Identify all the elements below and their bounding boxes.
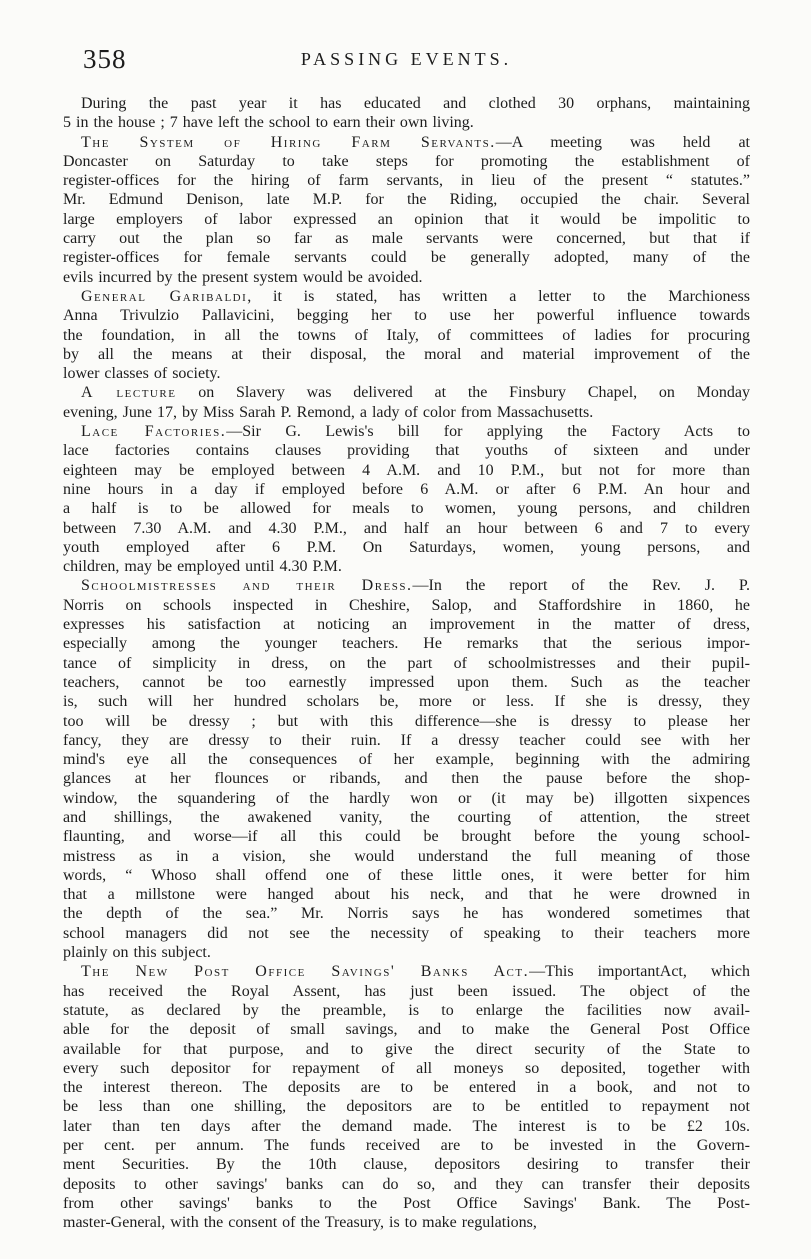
text-line: Anna Trivulzio Pallavicini, begging her … <box>63 306 750 325</box>
text-line: Doncaster on Saturday to take steps for … <box>63 152 750 171</box>
text-line: mistress as in a vision, she would under… <box>63 847 750 866</box>
text-line: glances at her flounces or ribands, and … <box>63 769 750 788</box>
paragraph: The System of Hiring Farm Servants.—A me… <box>63 133 750 287</box>
text-line: nine hours in a day if employed before 6… <box>63 480 750 499</box>
text-line: Lace Factories.—Sir G. Lewis's bill for … <box>63 422 750 441</box>
document-page: 358 PASSING EVENTS. During the past year… <box>0 0 811 1259</box>
paragraph-heading: The System of Hiring Farm Servants. <box>81 134 496 151</box>
text-line: words, “ Whoso shall offend one of these… <box>63 866 750 885</box>
page-title: PASSING EVENTS. <box>63 49 750 70</box>
text-line: General Garibaldi, it is stated, has wri… <box>63 287 750 306</box>
paragraph: A lecture on Slavery was delivered at th… <box>63 383 750 422</box>
text-line: ment Securities. By the 10th clause, dep… <box>63 1155 750 1174</box>
text-line: is, such will her hundred scholars be, m… <box>63 692 750 711</box>
text-line: evening, June 17, by Miss Sarah P. Remon… <box>63 403 750 422</box>
text-line: lace factories contains clauses providin… <box>63 441 750 460</box>
text-line: school managers did not see the necessit… <box>63 924 750 943</box>
text-line: Mr. Edmund Denison, late M.P. for the Ri… <box>63 190 750 209</box>
text-line: deposits to other savings' banks can do … <box>63 1175 750 1194</box>
text-line: fancy, they are dressy to their ruin. If… <box>63 731 750 750</box>
text-line: especially among the younger teachers. H… <box>63 634 750 653</box>
paragraph-heading: The New Post Office Savings' Banks Act. <box>81 963 529 980</box>
text-line: lower classes of society. <box>63 364 750 383</box>
text-line: Norris on schools inspected in Cheshire,… <box>63 596 750 615</box>
text-line: be less than one shilling, the depositor… <box>63 1097 750 1116</box>
text-line: the foundation, in all the towns of Ital… <box>63 326 750 345</box>
text-line: A lecture on Slavery was delivered at th… <box>63 383 750 402</box>
text-line: The New Post Office Savings' Banks Act.—… <box>63 962 750 981</box>
text-line: later than ten days after the demand mad… <box>63 1117 750 1136</box>
paragraph: During the past year it has educated and… <box>63 94 750 133</box>
text-line: mind's eye all the consequences of her e… <box>63 750 750 769</box>
text-line: every such depositor for repayment of al… <box>63 1059 750 1078</box>
text-line: flaunting, and worse—if all this could b… <box>63 827 750 846</box>
page-body: During the past year it has educated and… <box>63 94 750 1233</box>
text-line: expresses his satisfaction at noticing a… <box>63 615 750 634</box>
text-line: evils incurred by the present system wou… <box>63 268 750 287</box>
text-line: the depth of the sea.” Mr. Norris says h… <box>63 904 750 923</box>
text-line: children, may be employed until 4.30 P.M… <box>63 557 750 576</box>
text-line: has received the Royal Assent, has just … <box>63 982 750 1001</box>
paragraph-heading: A lecture <box>81 384 176 401</box>
text-line: able for the deposit of small savings, a… <box>63 1020 750 1039</box>
text-line: youth employed after 6 P.M. On Saturdays… <box>63 538 750 557</box>
text-line: register-offices for the hiring of farm … <box>63 171 750 190</box>
text-line: plainly on this subject. <box>63 943 750 962</box>
paragraph-heading: General Garibaldi <box>81 288 247 305</box>
paragraph: Schoolmistresses and their Dress.—In the… <box>63 576 750 962</box>
text-line: the interest thereon. The deposits are t… <box>63 1078 750 1097</box>
text-line: a half is to be allowed for meals to wom… <box>63 499 750 518</box>
text-line: The System of Hiring Farm Servants.—A me… <box>63 133 750 152</box>
text-line: During the past year it has educated and… <box>63 94 750 113</box>
text-line: carry out the plan so far as male servan… <box>63 229 750 248</box>
paragraph: The New Post Office Savings' Banks Act.—… <box>63 962 750 1232</box>
text-line: per cent. per annum. The funds received … <box>63 1136 750 1155</box>
text-line: available for that purpose, and to give … <box>63 1040 750 1059</box>
text-line: eighteen may be employed between 4 A.M. … <box>63 461 750 480</box>
paragraph-heading: Schoolmistresses and their Dress. <box>81 577 413 594</box>
text-line: from other savings' banks to the Post Of… <box>63 1194 750 1213</box>
text-line: too will be dressy ; but with this diffe… <box>63 712 750 731</box>
text-line: large employers of labor expressed an op… <box>63 210 750 229</box>
paragraph: General Garibaldi, it is stated, has wri… <box>63 287 750 383</box>
text-line: tance of simplicity in dress, on the par… <box>63 654 750 673</box>
text-line: window, the squandering of the hardly wo… <box>63 789 750 808</box>
text-line: statute, as declared by the preamble, is… <box>63 1001 750 1020</box>
text-line: 5 in the house ; 7 have left the school … <box>63 113 750 132</box>
text-line: between 7.30 A.M. and 4.30 P.M., and hal… <box>63 519 750 538</box>
paragraph-heading: Lace Factories. <box>81 423 226 440</box>
text-line: teachers, cannot be too earnestly impres… <box>63 673 750 692</box>
text-line: register-offices for female servants cou… <box>63 248 750 267</box>
text-line: that a millstone were hanged about his n… <box>63 885 750 904</box>
text-line: and shillings, the awakened vanity, the … <box>63 808 750 827</box>
text-line: by all the means at their disposal, the … <box>63 345 750 364</box>
page-header: 358 PASSING EVENTS. <box>63 44 750 74</box>
text-line: Schoolmistresses and their Dress.—In the… <box>63 576 750 595</box>
text-line: master-General, with the consent of the … <box>63 1213 750 1232</box>
paragraph: Lace Factories.—Sir G. Lewis's bill for … <box>63 422 750 576</box>
